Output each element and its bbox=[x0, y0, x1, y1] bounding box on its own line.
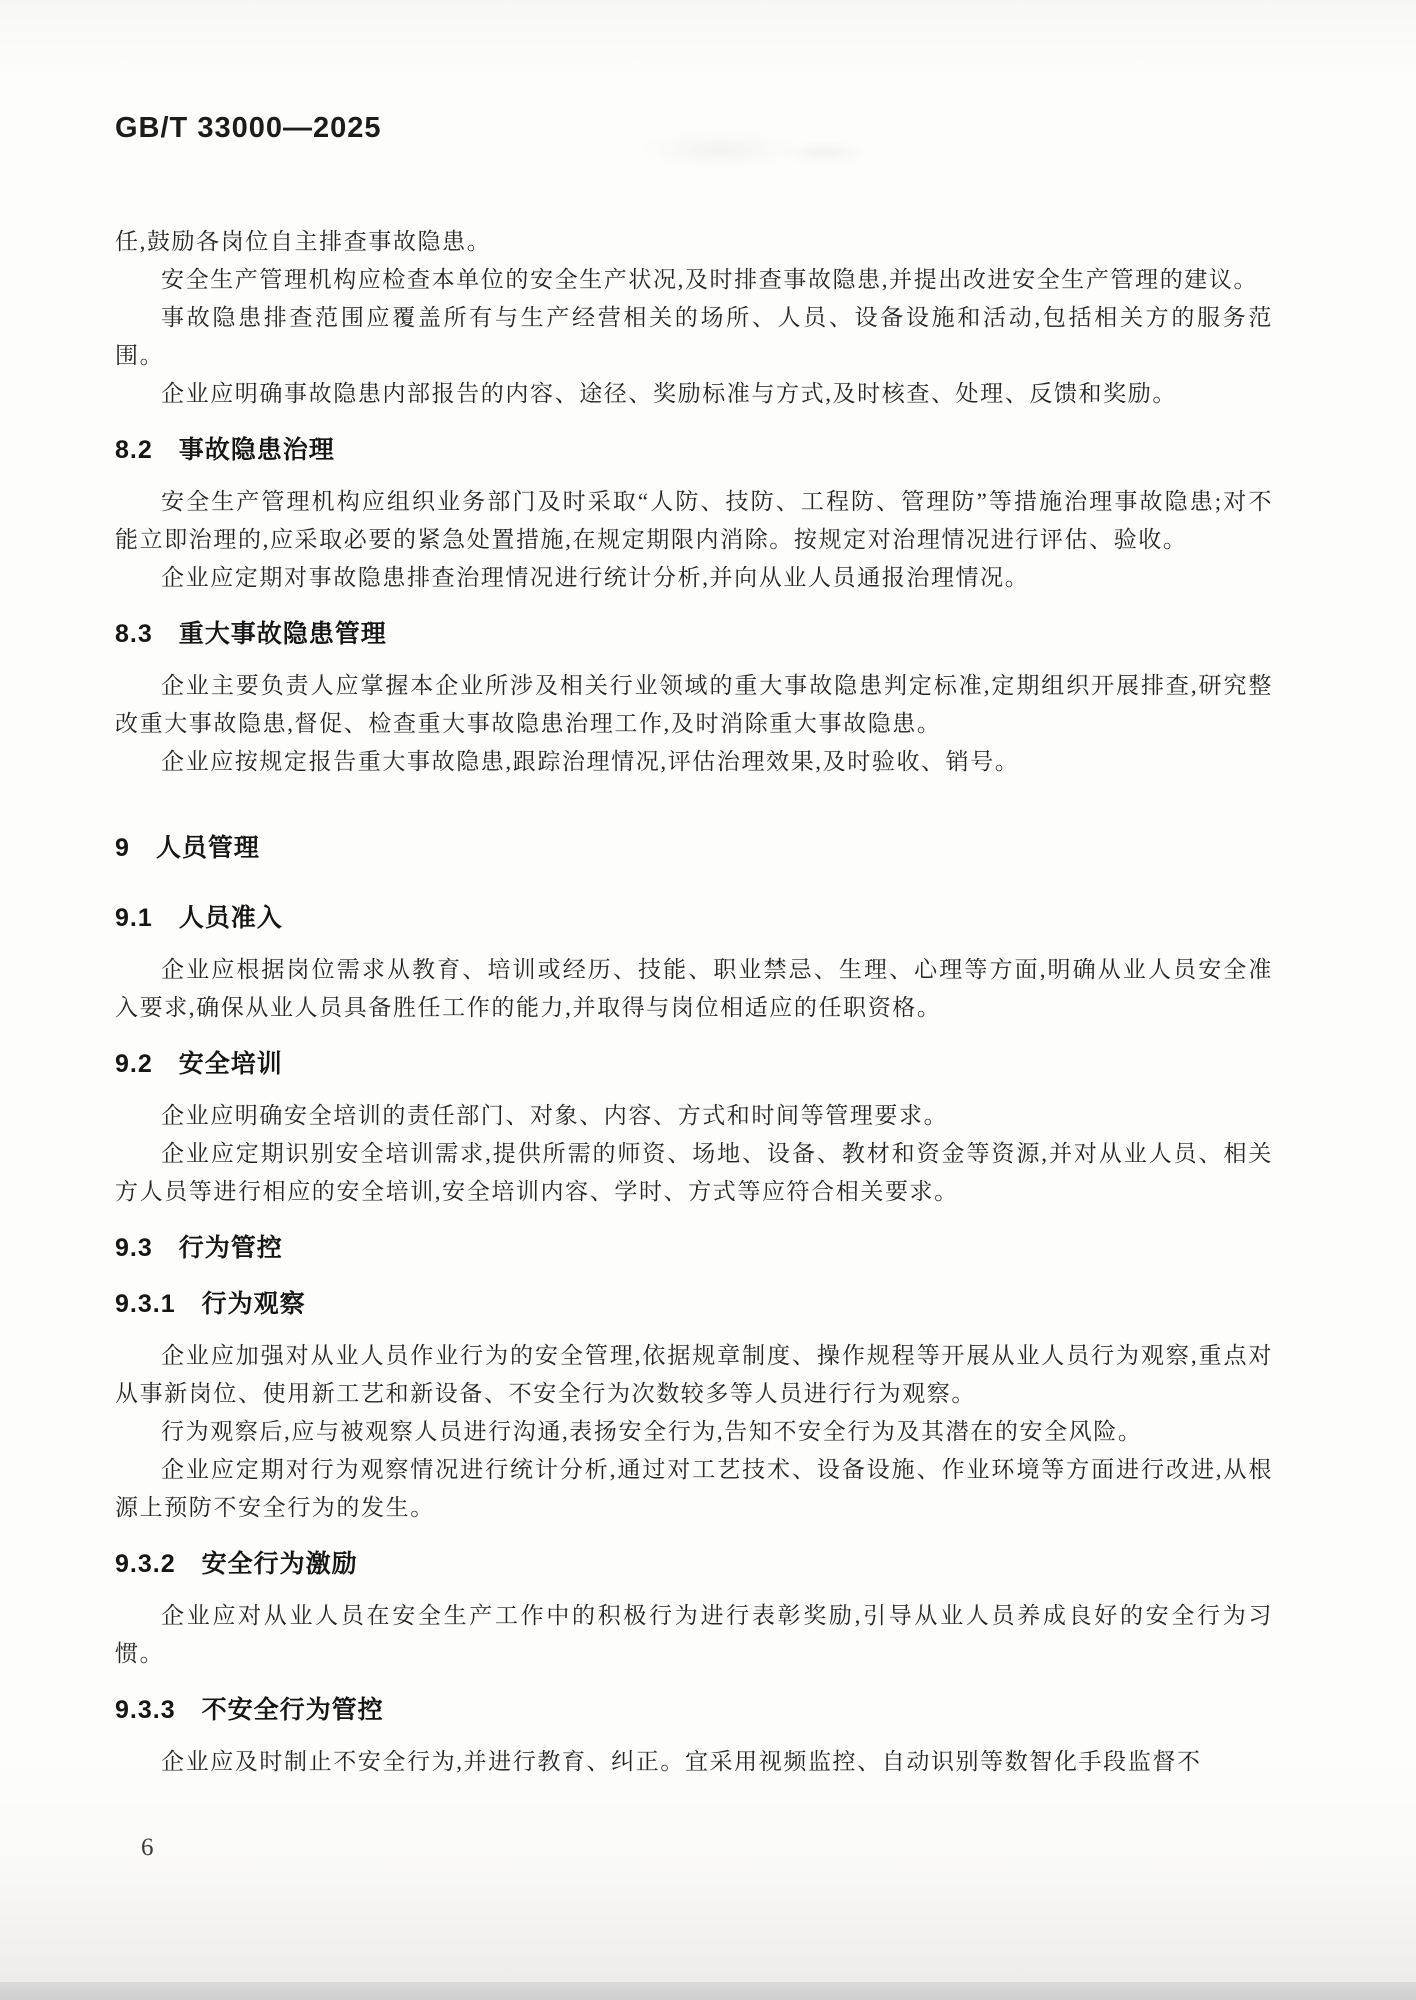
heading-number: 8.3 bbox=[115, 620, 153, 648]
section-heading: 9.2安全培训 bbox=[115, 1045, 1273, 1083]
heading-title: 行为观察 bbox=[202, 1290, 306, 1318]
content: 任,鼓励各岗位自主排查事故隐患。安全生产管理机构应检查本单位的安全生产状况,及时… bbox=[115, 223, 1273, 1781]
paragraph: 行为观察后,应与被观察人员进行沟通,表扬安全行为,告知不安全行为及其潜在的安全风… bbox=[115, 1413, 1273, 1451]
paragraph: 企业主要负责人应掌握本企业所涉及相关行业领域的重大事故隐患判定标准,定期组织开展… bbox=[115, 667, 1273, 743]
page-bottom-edge bbox=[0, 1982, 1416, 2000]
heading-number: 9 bbox=[115, 834, 130, 862]
section-heading: 9.3.1行为观察 bbox=[115, 1285, 1273, 1323]
paragraph: 企业应明确事故隐患内部报告的内容、途径、奖励标准与方式,及时核查、处理、反馈和奖… bbox=[115, 375, 1273, 413]
paragraph: 企业应明确安全培训的责任部门、对象、内容、方式和时间等管理要求。 bbox=[115, 1097, 1273, 1135]
heading-number: 8.2 bbox=[115, 436, 153, 464]
paragraph: 企业应加强对从业人员作业行为的安全管理,依据规章制度、操作规程等开展从业人员行为… bbox=[115, 1337, 1273, 1413]
paragraph: 任,鼓励各岗位自主排查事故隐患。 bbox=[115, 223, 1273, 261]
heading-number: 9.3.1 bbox=[115, 1290, 176, 1318]
heading-number: 9.1 bbox=[115, 904, 153, 932]
page-number: 6 bbox=[141, 1832, 154, 1864]
heading-title: 行为管控 bbox=[179, 1234, 283, 1262]
heading-title: 事故隐患治理 bbox=[179, 436, 335, 464]
heading-number: 9.3.3 bbox=[115, 1696, 176, 1724]
heading-number: 9.3 bbox=[115, 1234, 153, 1262]
heading-title: 重大事故隐患管理 bbox=[179, 620, 387, 648]
section-heading: 8.3重大事故隐患管理 bbox=[115, 615, 1273, 653]
section-heading: 9.1人员准入 bbox=[115, 899, 1273, 937]
document-page: GB/T 33000—2025 任,鼓励各岗位自主排查事故隐患。安全生产管理机构… bbox=[0, 0, 1416, 2000]
section-heading: 9.3行为管控 bbox=[115, 1229, 1273, 1267]
paragraph: 企业应定期对事故隐患排查治理情况进行统计分析,并向从业人员通报治理情况。 bbox=[115, 559, 1273, 597]
heading-number: 9.2 bbox=[115, 1050, 153, 1078]
section-heading: 9.3.3不安全行为管控 bbox=[115, 1691, 1273, 1729]
paragraph: 企业应根据岗位需求从教育、培训或经历、技能、职业禁忌、生理、心理等方面,明确从业… bbox=[115, 951, 1273, 1027]
heading-title: 安全培训 bbox=[179, 1050, 283, 1078]
heading-number: 9.3.2 bbox=[115, 1550, 176, 1578]
heading-title: 不安全行为管控 bbox=[202, 1696, 384, 1724]
paragraph: 事故隐患排查范围应覆盖所有与生产经营相关的场所、人员、设备设施和活动,包括相关方… bbox=[115, 299, 1273, 375]
paragraph: 企业应定期识别安全培训需求,提供所需的师资、场地、设备、教材和资金等资源,并对从… bbox=[115, 1135, 1273, 1211]
paragraph: 企业应及时制止不安全行为,并进行教育、纠正。宜采用视频监控、自动识别等数智化手段… bbox=[115, 1743, 1273, 1781]
heading-title: 人员管理 bbox=[156, 834, 260, 862]
section-heading: 9.3.2安全行为激励 bbox=[115, 1545, 1273, 1583]
scan-artifact bbox=[780, 140, 870, 166]
scan-shading bbox=[0, 1870, 1416, 1982]
standard-code-header: GB/T 33000—2025 bbox=[115, 112, 381, 145]
paragraph: 企业应定期对行为观察情况进行统计分析,通过对工艺技术、设备设施、作业环境等方面进… bbox=[115, 1451, 1273, 1527]
paragraph: 企业应对从业人员在安全生产工作中的积极行为进行表彰奖励,引导从业人员养成良好的安… bbox=[115, 1597, 1273, 1673]
paragraph: 企业应按规定报告重大事故隐患,跟踪治理情况,评估治理效果,及时验收、销号。 bbox=[115, 743, 1273, 781]
paragraph: 安全生产管理机构应检查本单位的安全生产状况,及时排查事故隐患,并提出改进安全生产… bbox=[115, 261, 1273, 299]
paragraph: 安全生产管理机构应组织业务部门及时采取“人防、技防、工程防、管理防”等措施治理事… bbox=[115, 483, 1273, 559]
scan-artifact bbox=[640, 130, 800, 170]
section-heading: 9人员管理 bbox=[115, 829, 1273, 867]
heading-title: 人员准入 bbox=[179, 904, 283, 932]
heading-title: 安全行为激励 bbox=[202, 1550, 358, 1578]
section-heading: 8.2事故隐患治理 bbox=[115, 431, 1273, 469]
